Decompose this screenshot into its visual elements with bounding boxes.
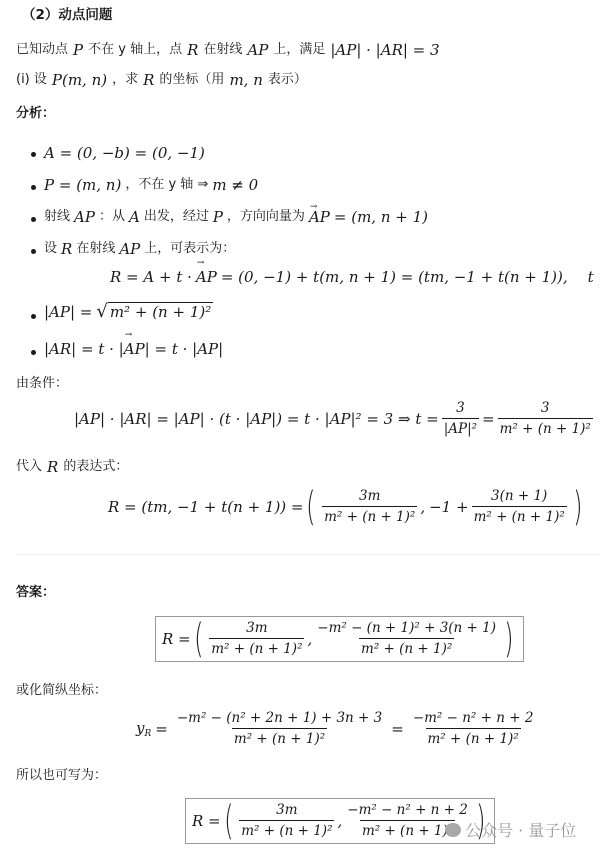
right-paren: ) bbox=[504, 619, 513, 659]
vars-mn: m, n bbox=[229, 71, 262, 89]
answer-lhs: R = bbox=[162, 630, 191, 648]
subquestion-text-3: 表示） bbox=[268, 71, 307, 89]
bullet-4-math-1: R bbox=[61, 240, 72, 258]
bullet-3: 射线 AP ：从 A 出发，经过 P ，方向向量为 AP = (m, n + 1… bbox=[44, 208, 428, 226]
subquestion-text-1: ，求 bbox=[112, 71, 138, 89]
bullet-3-text-4: ，方向向量为 bbox=[227, 208, 305, 226]
numerator: 3 bbox=[454, 400, 467, 418]
bullet-dot bbox=[31, 152, 36, 157]
fraction: 3m m² + (n + 1)² bbox=[209, 620, 304, 658]
equals: = bbox=[155, 720, 168, 738]
section-title: （2）动点问题 bbox=[22, 6, 112, 24]
final-lhs: R = bbox=[192, 812, 221, 830]
analysis-heading: 分析： bbox=[16, 105, 55, 123]
bullet-4-text-2: 在射线 bbox=[76, 240, 115, 258]
denominator: m² + (n + 1)² bbox=[498, 418, 593, 438]
fraction: 3m m² + (n + 1)² bbox=[322, 488, 417, 526]
bullet-4-text-3: 上，可表示为： bbox=[144, 240, 235, 258]
denominator: |AP|² bbox=[442, 418, 479, 438]
problem-text-1: 已知动点 bbox=[16, 41, 68, 59]
bullet-AP-norm: |AP| = √ m² + (n + 1)² bbox=[44, 302, 213, 321]
bullet-3-text-2: ：从 bbox=[99, 208, 125, 226]
bullet-2-math-2: m ≠ 0 bbox=[212, 176, 258, 194]
bullet-3-math-1: AP bbox=[74, 208, 95, 226]
var-R: R bbox=[47, 458, 58, 476]
comma: , bbox=[337, 812, 342, 830]
substitute-heading-1: 代入 bbox=[16, 458, 42, 476]
var-AP: AP bbox=[247, 41, 268, 59]
problem-text-2: 不在 y 轴上，点 bbox=[88, 41, 182, 59]
numerator: 3m bbox=[274, 802, 299, 820]
bullet-3-text-1: 射线 bbox=[44, 208, 70, 226]
answer-heading: 答案： bbox=[16, 584, 55, 602]
vector-AP: AP bbox=[124, 340, 145, 358]
point-P: P(m, n) bbox=[52, 71, 107, 89]
bullet-dot bbox=[31, 249, 36, 254]
eq-R-part2: = (0, −1) + t(m, n + 1) = (tm, −1 + t(n … bbox=[221, 268, 568, 286]
condition-equation: |AP| · |AR| = |AP| · (t · |AP|) = t · |A… bbox=[74, 400, 596, 438]
left-paren: ( bbox=[194, 619, 203, 659]
AR-norm-part2: | = t · |AP| bbox=[145, 340, 224, 358]
bullet-dot bbox=[31, 350, 36, 355]
var-P: P bbox=[73, 41, 83, 59]
bullet-4-text-1: 设 bbox=[44, 240, 57, 258]
answer-box: R = ( 3m m² + (n + 1)² , −m² − (n + 1)² … bbox=[155, 616, 524, 662]
bullet-dot bbox=[31, 217, 36, 222]
numerator: −m² − n² + n + 2 bbox=[411, 710, 536, 728]
condition-math: |AP| · |AR| = 3 bbox=[330, 41, 439, 59]
simplify-equation: yR = −m² − (n² + 2n + 1) + 3n + 3 m² + (… bbox=[136, 710, 538, 748]
substitute-mid: −1 + bbox=[429, 498, 468, 516]
fraction: 3(n + 1) m² + (n + 1)² bbox=[472, 488, 567, 526]
radicand: m² + (n + 1)² bbox=[108, 302, 213, 321]
watermark: 公众号 · 量子位 bbox=[445, 818, 576, 841]
subscript-R: R bbox=[144, 729, 151, 739]
fraction: −m² − (n² + 2n + 1) + 3n + 3 m² + (n + 1… bbox=[175, 710, 384, 748]
bullet-3-text-3: 出发，经过 bbox=[144, 208, 209, 226]
problem-statement: 已知动点 P 不在 y 轴上，点 R 在射线 AP 上，满足 |AP| · |A… bbox=[16, 41, 440, 59]
denominator: m² + (n + 1)² bbox=[232, 728, 327, 748]
equals: = bbox=[482, 410, 495, 428]
eq-R-part1: R = A + t · bbox=[110, 268, 192, 286]
wechat-icon bbox=[445, 823, 461, 837]
eq-R-condition: t ≥ 0 bbox=[588, 268, 600, 286]
equation-R-param: R = A + t · AP = (0, −1) + t(m, n + 1) =… bbox=[110, 268, 600, 286]
left-paren: ( bbox=[224, 801, 233, 841]
fraction: −m² − (n + 1)² + 3(n + 1) m² + (n + 1)² bbox=[315, 620, 498, 658]
bullet-AR-norm: |AR| = t · | AP | = t · |AP| bbox=[44, 340, 223, 358]
subquestion-text-2: 的坐标（用 bbox=[159, 71, 224, 89]
numerator: 3(n + 1) bbox=[489, 488, 549, 506]
fraction: 3m m² + (n + 1)² bbox=[239, 802, 334, 840]
comma: , bbox=[307, 630, 312, 648]
yR-label: yR bbox=[136, 719, 151, 739]
substitute-equation: R = (tm, −1 + t(n + 1)) = ( 3m m² + (n +… bbox=[108, 487, 585, 527]
numerator: −m² − (n² + 2n + 1) + 3n + 3 bbox=[175, 710, 384, 728]
numerator: 3m bbox=[357, 488, 382, 506]
bullet-3-math-2: A bbox=[129, 208, 140, 226]
denominator: m² + (n + 1)² bbox=[209, 638, 304, 658]
bullet-3-math-3: P bbox=[213, 208, 223, 226]
denominator: m² + (n + 1)² bbox=[239, 820, 334, 840]
sqrt-expression: √ m² + (n + 1)² bbox=[96, 302, 213, 321]
condition-heading: 由条件： bbox=[16, 375, 68, 393]
problem-text-3: 在射线 bbox=[203, 41, 242, 59]
var-R: R bbox=[187, 41, 198, 59]
right-paren: ) bbox=[573, 487, 582, 527]
numerator: 3m bbox=[244, 620, 269, 638]
var-R: R bbox=[143, 71, 154, 89]
denominator: m² + (n + 1)² bbox=[322, 506, 417, 526]
denominator: m² + (n + 1)² bbox=[359, 638, 454, 658]
denominator: m² + (n + 1)² bbox=[360, 820, 455, 840]
subquestion: (i) 设 P(m, n) ，求 R 的坐标（用 m, n 表示） bbox=[16, 71, 307, 89]
sqrt-icon: √ bbox=[96, 303, 107, 321]
denominator: m² + (n + 1)² bbox=[426, 728, 521, 748]
final-heading: 所以也可写为： bbox=[16, 767, 107, 785]
left-paren: ( bbox=[307, 487, 316, 527]
equals: = bbox=[391, 720, 404, 738]
vector-AP: AP bbox=[196, 268, 217, 286]
substitute-eq-lhs: R = (tm, −1 + t(n + 1)) = bbox=[108, 498, 303, 516]
denominator: m² + (n + 1)² bbox=[472, 506, 567, 526]
substitute-heading-2: 的表达式： bbox=[63, 458, 128, 476]
numerator: −m² − (n + 1)² + 3(n + 1) bbox=[315, 620, 498, 638]
bullet-2-text: ，不在 y 轴 ⇒ bbox=[125, 176, 208, 194]
substitute-heading: 代入 R 的表达式： bbox=[16, 458, 128, 476]
numerator: 3 bbox=[539, 400, 552, 418]
subquestion-label: (i) 设 bbox=[16, 71, 47, 89]
document-page: （2）动点问题 已知动点 P 不在 y 轴上，点 R 在射线 AP 上，满足 |… bbox=[0, 0, 600, 857]
bullet-1: A = (0, −b) = (0, −1) bbox=[44, 144, 205, 164]
bullet-3-math-4: = (m, n + 1) bbox=[334, 208, 428, 226]
fraction: −m² − n² + n + 2 m² + (n + 1)² bbox=[411, 710, 536, 748]
bullet-1-math: A = (0, −b) = (0, −1) bbox=[44, 144, 205, 162]
bullet-2-math-1: P = (m, n) bbox=[44, 176, 121, 194]
problem-text-4: 上，满足 bbox=[273, 41, 325, 59]
AP-norm-lhs: |AP| = bbox=[44, 303, 92, 321]
vector-AP: AP bbox=[309, 208, 330, 226]
bullet-2: P = (m, n) ，不在 y 轴 ⇒ m ≠ 0 bbox=[44, 176, 258, 194]
bullet-4: 设 R 在射线 AP 上，可表示为： bbox=[44, 240, 235, 258]
condition-eq-lhs: |AP| · |AR| = |AP| · (t · |AP|) = t · |A… bbox=[74, 410, 439, 428]
fraction: 3 |AP|² bbox=[442, 400, 479, 438]
comma: , bbox=[420, 498, 425, 516]
simplify-heading: 或化简纵坐标： bbox=[16, 682, 107, 700]
bullet-4-math-2: AP bbox=[119, 240, 140, 258]
section-divider bbox=[16, 554, 600, 555]
fraction: 3 m² + (n + 1)² bbox=[498, 400, 593, 438]
watermark-text: 公众号 · 量子位 bbox=[465, 818, 576, 841]
bullet-dot bbox=[31, 314, 36, 319]
bullet-dot bbox=[31, 185, 36, 190]
AR-norm-part1: |AR| = t · | bbox=[44, 340, 124, 358]
